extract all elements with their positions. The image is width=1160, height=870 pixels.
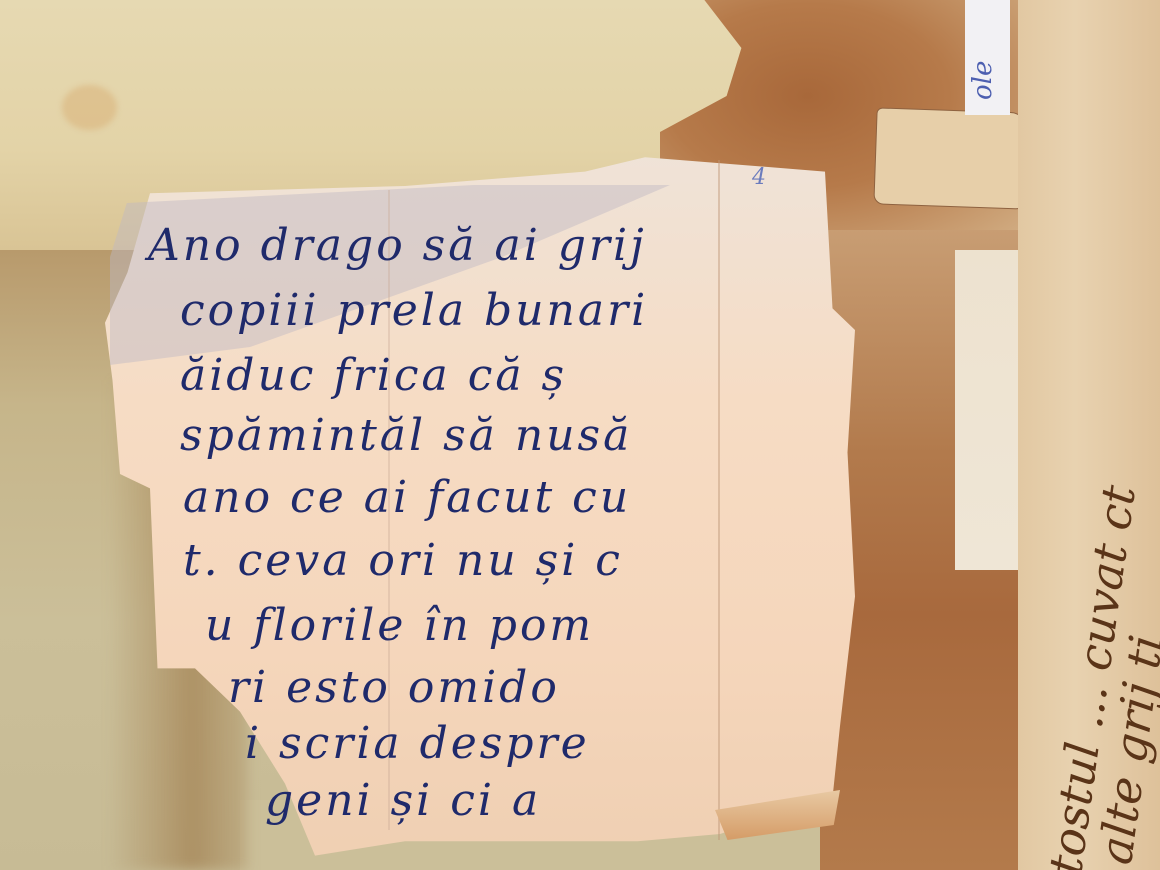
- note-line: ăiduc frica că ș: [180, 350, 567, 401]
- note-line: geni și ci a: [265, 775, 541, 826]
- note-line: ri esto omido: [228, 662, 560, 713]
- note-line: u florile în pom: [205, 600, 594, 651]
- note-text: Ano drago să ai grij copiii prela bunari…: [0, 0, 1160, 870]
- note-line: Ano drago să ai grij: [148, 220, 647, 271]
- note-line: ano ce ai facut cu: [183, 472, 631, 523]
- note-line: copiii prela bunari: [180, 285, 648, 336]
- note-line: i scria despre: [245, 718, 590, 769]
- note-line: t. ceva ori nu și c: [183, 535, 623, 586]
- note-line: spămintăl să nusă: [180, 410, 632, 461]
